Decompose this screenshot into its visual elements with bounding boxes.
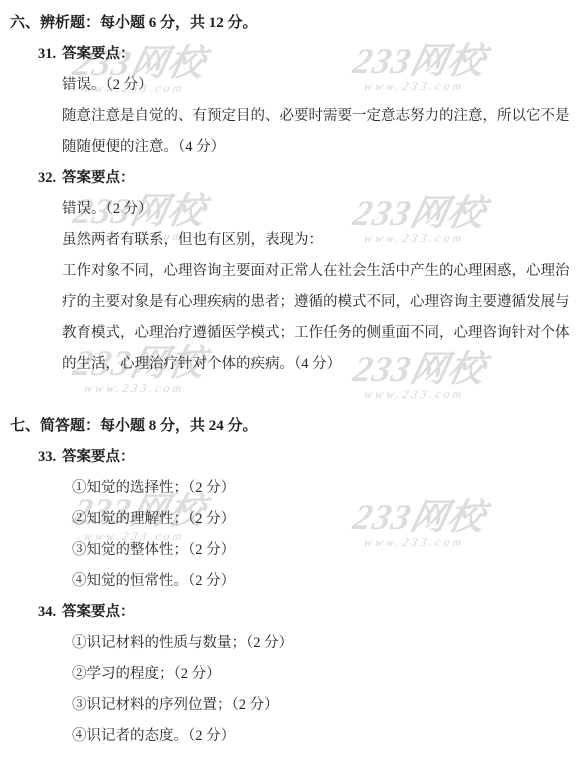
answer-item: ②学习的程度；（2 分） <box>72 659 580 690</box>
answer-item: ②知觉的理解性；（2 分） <box>72 504 580 535</box>
section-heading-6: 六、辨析题：每小题 6 分，共 12 分。 <box>10 8 580 39</box>
question-32: 32.答案要点： 错误。（2 分） 虽然两者有联系，但也有区别，表现为： 工作对… <box>0 163 580 380</box>
answer-line: 随意注意是自觉的、有预定目的、必要时需要一定意志努力的注意，所以它不是 <box>62 101 580 132</box>
answer-line: 虽然两者有联系，但也有区别，表现为： <box>62 225 580 256</box>
answer-points-label: 答案要点： <box>62 604 135 620</box>
answer-points-label: 答案要点： <box>62 46 135 62</box>
question-31: 31.答案要点： 错误。（2 分） 随意注意是自觉的、有预定目的、必要时需要一定… <box>0 39 580 163</box>
exam-answer-key-page: 233网校 www.233.com 233网校 www.233.com 233网… <box>0 0 580 764</box>
question-34-header: 34.答案要点： <box>38 597 580 628</box>
answer-line: 的生活，心理治疗针对个体的疾病。（4 分） <box>62 349 580 380</box>
question-32-header: 32.答案要点： <box>38 163 580 194</box>
question-33: 33.答案要点： ①知觉的选择性；（2 分） ②知觉的理解性；（2 分） ③知觉… <box>0 442 580 597</box>
answer-line: 随随便便的注意。（4 分） <box>62 132 580 163</box>
answer-item: ③识记材料的序列位置；（2 分） <box>72 690 580 721</box>
question-number: 34. <box>38 597 62 628</box>
question-31-header: 31.答案要点： <box>38 39 580 70</box>
answer-item: ④识记者的态度。（2 分） <box>72 721 580 752</box>
answer-line: 疗的主要对象是有心理疾病的患者；遵循的模式不同，心理咨询主要遵循发展与 <box>62 287 580 318</box>
answer-item: ④知觉的恒常性。（2 分） <box>72 566 580 597</box>
answer-points-label: 答案要点： <box>62 170 135 186</box>
answer-line: 教育模式，心理治疗遵循医学模式；工作任务的侧重面不同，心理咨询针对个体 <box>62 318 580 349</box>
question-number: 32. <box>38 163 62 194</box>
answer-item: ①识记材料的性质与数量；（2 分） <box>72 628 580 659</box>
answer-line: 错误。（2 分） <box>62 70 580 101</box>
section-heading-7: 七、简答题：每小题 8 分，共 24 分。 <box>10 411 580 442</box>
answer-points-label: 答案要点： <box>62 449 135 465</box>
document-content: 六、辨析题：每小题 6 分，共 12 分。 31.答案要点： 错误。（2 分） … <box>0 0 580 752</box>
answer-item: ③知觉的整体性；（2 分） <box>72 535 580 566</box>
question-34: 34.答案要点： ①识记材料的性质与数量；（2 分） ②学习的程度；（2 分） … <box>0 597 580 752</box>
question-33-header: 33.答案要点： <box>38 442 580 473</box>
question-number: 31. <box>38 39 62 70</box>
question-number: 33. <box>38 442 62 473</box>
answer-line: 错误。（2 分） <box>62 194 580 225</box>
answer-line: 工作对象不同，心理咨询主要面对正常人在社会生活中产生的心理困惑，心理治 <box>62 256 580 287</box>
answer-item: ①知觉的选择性；（2 分） <box>72 473 580 504</box>
